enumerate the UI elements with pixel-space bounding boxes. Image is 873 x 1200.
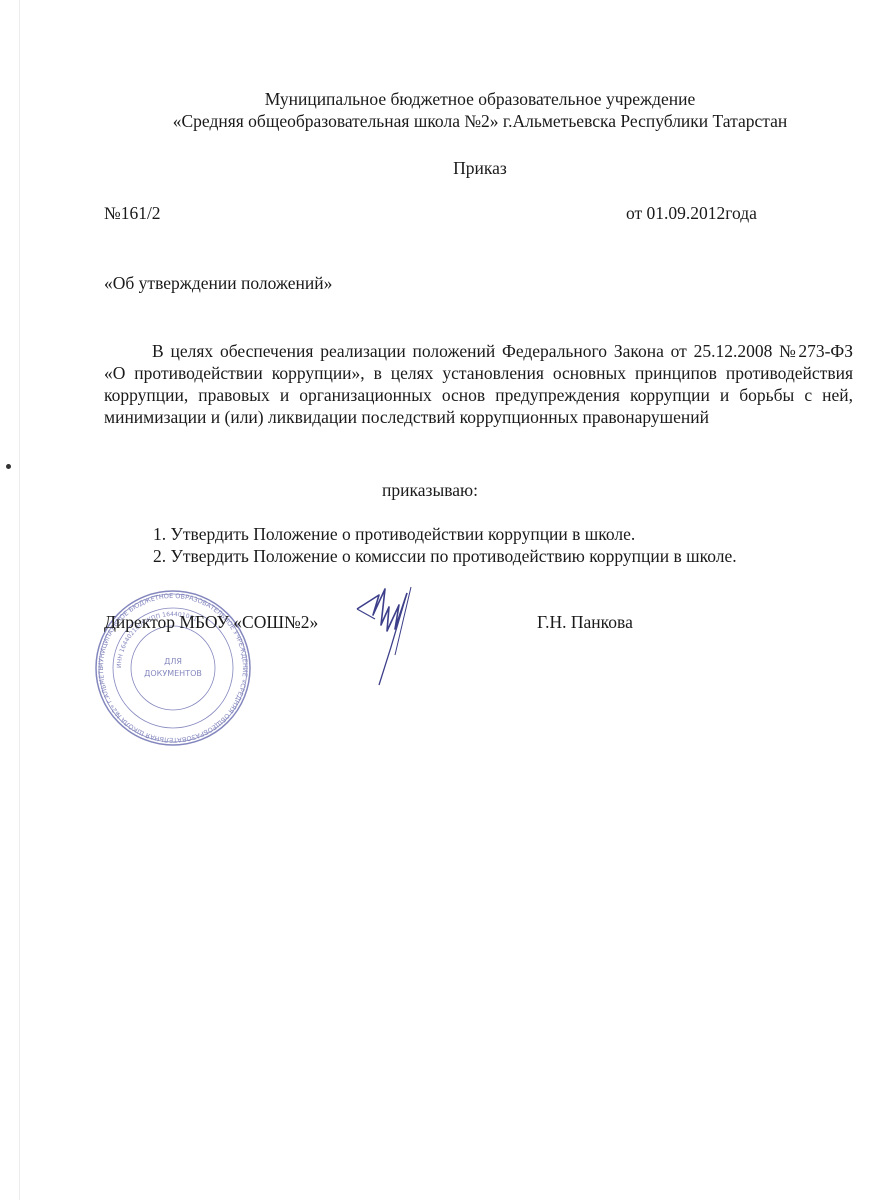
decree-item: 1. Утвердить Положение о противодействии… (153, 523, 737, 545)
handwritten-signature-icon (355, 585, 415, 690)
decree-word: приказываю: (100, 480, 760, 501)
order-subject: «Об утверждении положений» (104, 273, 332, 294)
signatory-name: Г.Н. Панкова (537, 612, 633, 633)
scan-speck (6, 464, 11, 469)
institution-name-line2: «Средняя общеобразовательная школа №2» г… (100, 110, 860, 132)
order-date: от 01.09.2012года (626, 203, 757, 224)
document-title: Приказ (100, 158, 860, 179)
decree-items: 1. Утвердить Положение о противодействии… (153, 523, 737, 567)
order-number: №161/2 (104, 203, 161, 224)
institution-name-line1: Муниципальное бюджетное образовательное … (100, 88, 860, 110)
institution-header: Муниципальное бюджетное образовательное … (100, 88, 860, 132)
stamp-center-line2: ДОКУМЕНТОВ (144, 669, 202, 678)
stamp-center-line1: ДЛЯ (164, 657, 182, 666)
preamble-paragraph: В целях обеспечения реализации положений… (104, 340, 853, 428)
scan-edge-line (19, 0, 20, 1200)
decree-item: 2. Утвердить Положение о комиссии по про… (153, 545, 737, 567)
signatory-title: Директор МБОУ «СОШ№2» (104, 612, 318, 633)
